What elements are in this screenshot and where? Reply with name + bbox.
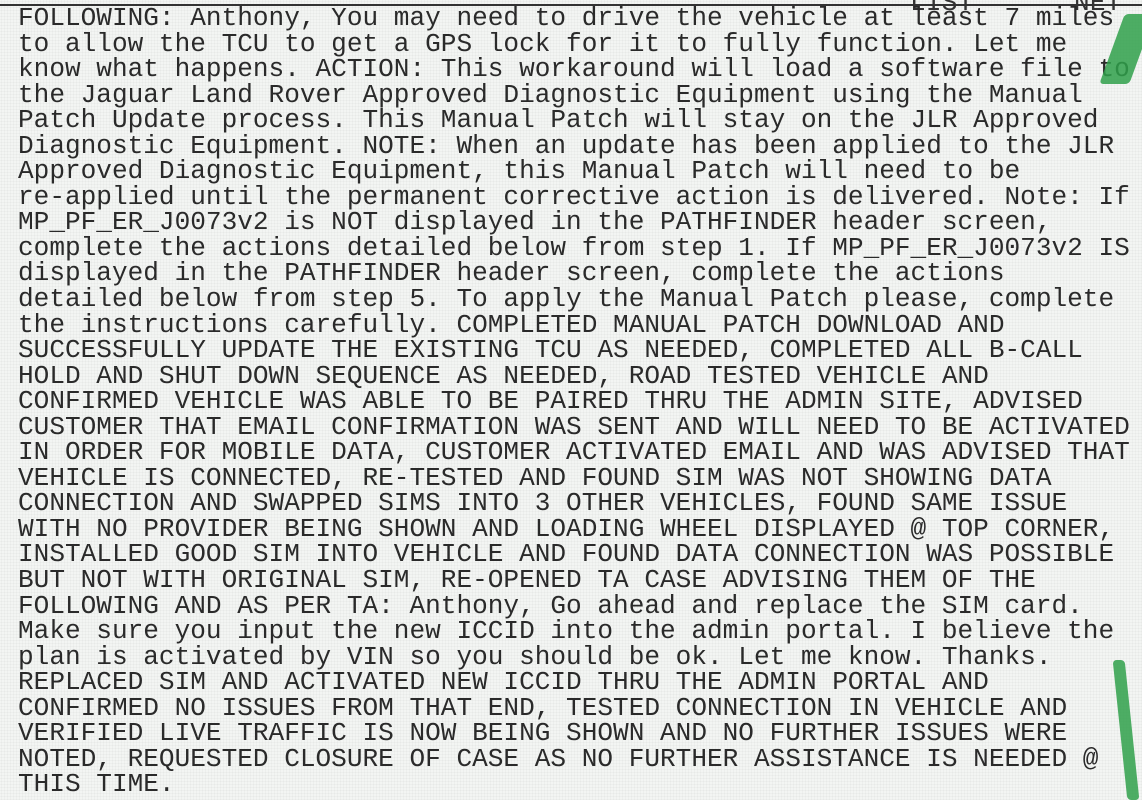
repair-notes-text: FOLLOWING: Anthony, You may need to driv… bbox=[18, 6, 1142, 798]
text-line: CONFIRMED VEHICLE WAS ABLE TO BE PAIRED … bbox=[18, 389, 1142, 415]
text-line: THIS TIME. bbox=[18, 772, 1142, 798]
text-line: Approved Diagnostic Equipment, this Manu… bbox=[18, 159, 1142, 185]
text-line: Make sure you input the new ICCID into t… bbox=[18, 619, 1142, 645]
text-line: IN ORDER FOR MOBILE DATA, CUSTOMER ACTIV… bbox=[18, 440, 1142, 466]
text-line: NOTED, REQUESTED CLOSURE OF CASE AS NO F… bbox=[18, 747, 1142, 773]
text-line: REPLACED SIM AND ACTIVATED NEW ICCID THR… bbox=[18, 670, 1142, 696]
text-line: SUCCESSFULLY UPDATE THE EXISTING TCU AS … bbox=[18, 338, 1142, 364]
text-line: Patch Update process. This Manual Patch … bbox=[18, 108, 1142, 134]
text-line: FOLLOWING: Anthony, You may need to driv… bbox=[18, 6, 1142, 32]
text-line: BUT NOT WITH ORIGINAL SIM, RE-OPENED TA … bbox=[18, 568, 1142, 594]
text-line: detailed below from step 5. To apply the… bbox=[18, 287, 1142, 313]
text-line: know what happens. ACTION: This workarou… bbox=[18, 57, 1142, 83]
